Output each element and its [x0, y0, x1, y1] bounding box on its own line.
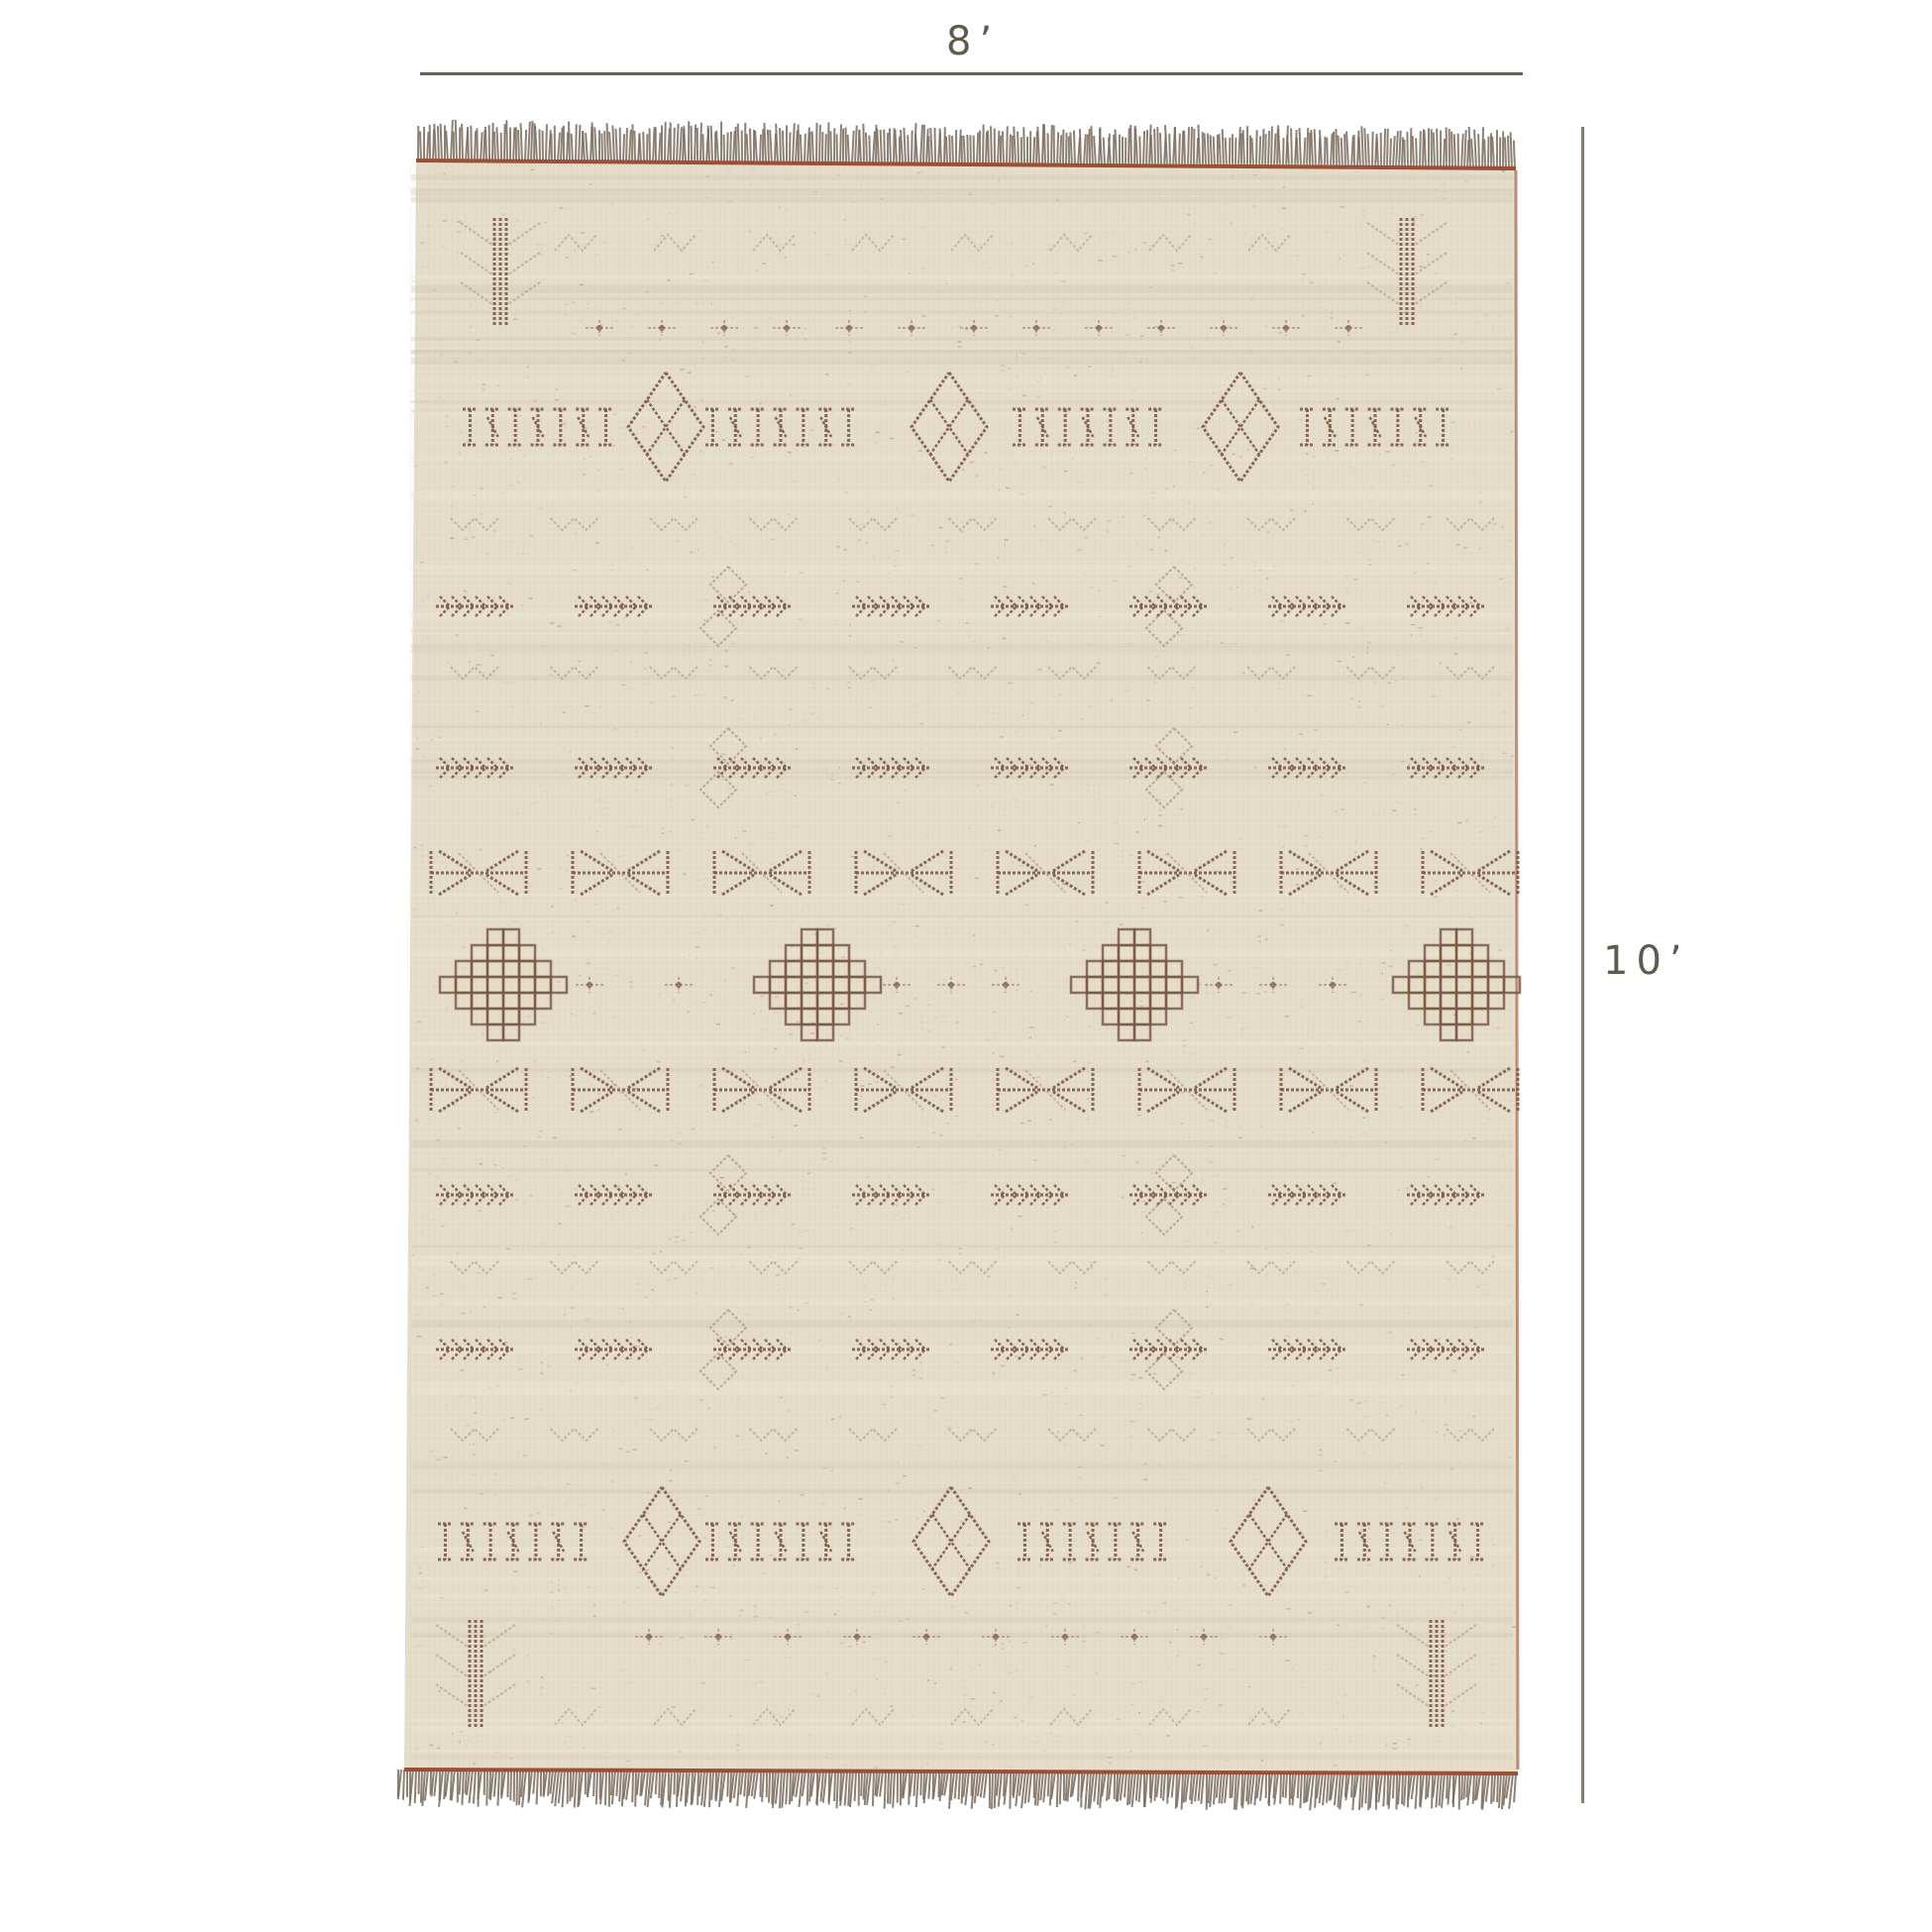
bottom-fringe: [398, 1770, 1516, 1810]
rug-image: [0, 0, 1932, 1932]
right-edge: [1516, 170, 1518, 1770]
